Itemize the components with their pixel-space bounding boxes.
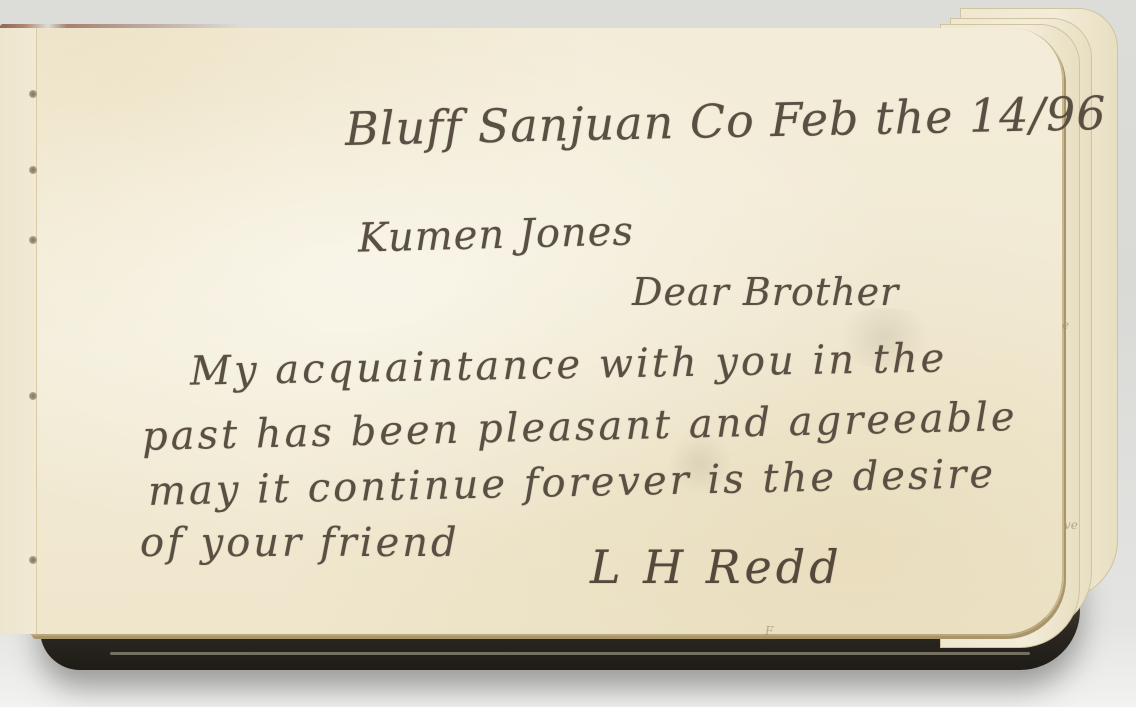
binding-stitch xyxy=(29,392,37,400)
page-edge xyxy=(70,636,1050,639)
salutation: Dear Brother xyxy=(632,270,899,314)
binding-stub xyxy=(0,28,37,634)
page-edge xyxy=(110,652,1030,655)
addressee: Kumen Jones xyxy=(357,208,634,261)
bleed-through-mark: ve xyxy=(1064,518,1078,532)
bleed-through-mark: e xyxy=(1062,318,1069,332)
binding-stitch xyxy=(29,236,37,244)
page-edge-mark: F xyxy=(765,624,773,638)
body-line-4: of your friend xyxy=(140,520,460,566)
album-photo: e ve F Bluff Sanjuan Co Feb the 14/96 Ku… xyxy=(0,0,1136,707)
binding-stitch xyxy=(29,166,37,174)
binding-stitch xyxy=(29,90,37,98)
binding-stitch xyxy=(29,556,37,564)
signature: L H Redd xyxy=(590,540,843,594)
